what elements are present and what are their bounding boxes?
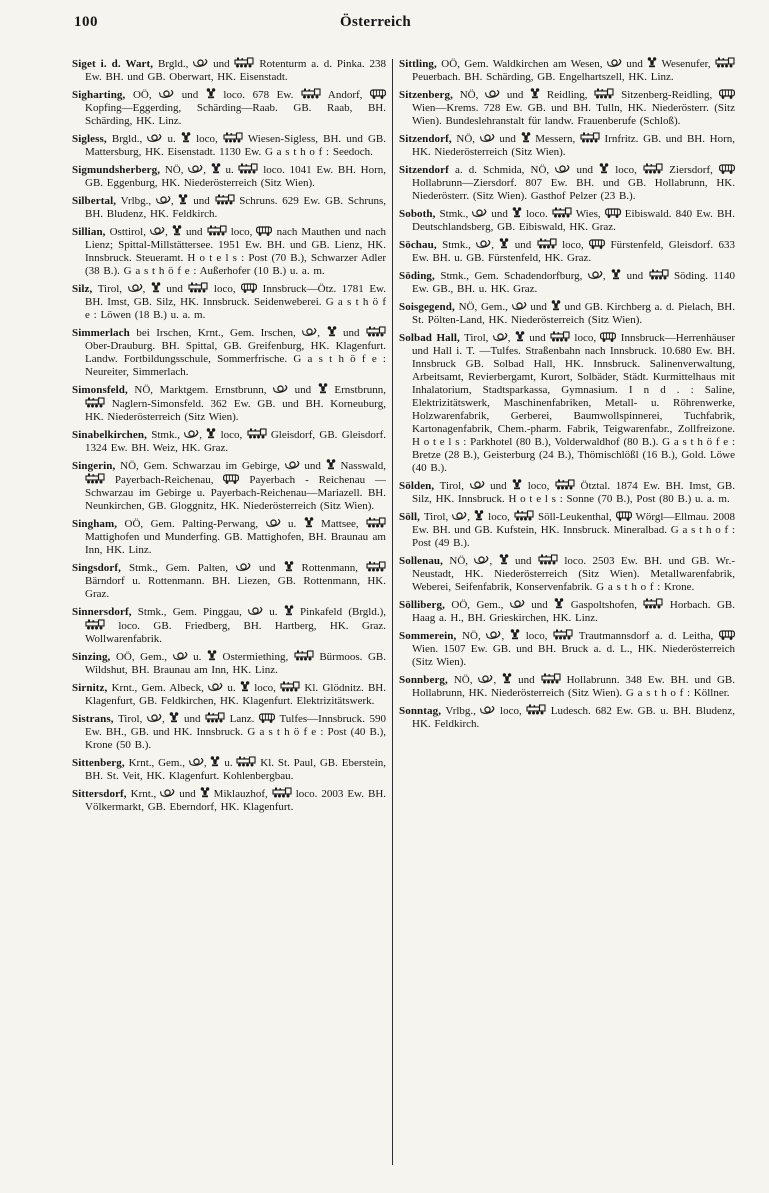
directory-entry: Sommerein, NÖ, , loco, Trautmannsdorf a.… [399,629,735,669]
entry-text: Wesenufer, [657,58,715,70]
posthorn-icon [302,327,317,337]
telephone-icon [172,225,182,236]
entry-text: Tirol, [92,283,127,295]
railway-icon [280,681,300,692]
posthorn-icon [485,89,500,99]
entry-text: Bärndorf u. Rottenmann. BH. Liezen, GB. … [85,575,386,600]
entry-text: NÖ, [456,630,486,642]
entry-text: , [603,270,611,282]
telephone-icon [474,510,484,521]
entry-text: , [467,511,474,523]
entry-text: Vrlbg., [116,195,156,207]
entry-text: , [165,226,172,238]
entry-headword: Sommerein, [399,630,456,642]
directory-entry: Simonsfeld, NÖ, Marktgem. Ernstbrunn, un… [72,383,386,424]
directory-entry: Sitzendorf a. d. Schmida, NÖ, und loco, … [399,163,735,203]
telephone-icon [554,598,564,609]
directory-entry: Sonntag, Vrlbg., loco, Ludesch. 682 Ew. … [399,704,735,731]
entry-text: Mattighofen und Munderfing. GB. Mattigho… [85,531,386,556]
entry-text: loco, [609,164,643,176]
entry-text: Gaspoltshofen, [564,599,643,611]
railway-icon [366,561,386,572]
directory-entry: Singsdorf, Stmk., Gem. Palten, und Rotte… [72,561,386,601]
directory-entry: Sirnitz, Krnt., Gem. Albeck, u. loco, Kl… [72,681,386,708]
posthorn-icon [236,562,251,572]
posthorn-icon [160,788,175,798]
entry-headword: Sittersdorf, [72,788,127,800]
railway-icon [366,326,386,337]
entry-text: und [208,58,234,70]
entry-text: und [525,332,550,344]
entry-text: u. [162,133,181,145]
entry-text: und [485,480,513,492]
entry-text: und [495,133,521,145]
telephone-icon [512,207,522,218]
entry-headword: Sitzenberg, [399,89,453,101]
two-column-layout: Siget i. d. Wart, Brgld., und Rotenturm … [72,57,739,1179]
posthorn-icon [147,713,162,723]
directory-entry: Singham, OÖ, Gem. Palting-Perwang, u. Ma… [72,517,386,557]
column-divider-rule [392,59,393,1165]
directory-entry: Sollenau, NÖ, , und loco. 2503 Ew. BH. u… [399,554,735,594]
entry-text: OÖ, Gem., [110,651,172,663]
entry-text: und [300,460,326,472]
entry-headword: Singerin, [72,460,115,472]
railway-icon [85,619,105,630]
entry-headword: Sigmundsherberg, [72,164,160,176]
entry-headword: Soboth, [399,208,435,220]
telephone-icon [284,561,294,572]
entry-text: loco, [208,283,241,295]
railway-icon [553,629,573,640]
entry-headword: Singsdorf, [72,562,121,574]
posthorn-icon [512,301,527,311]
entry-text: NÖ, Gem. Schwarzau im Gebirge, [115,460,284,472]
bus-icon [605,208,621,218]
directory-entry: Sitzenberg, NÖ, und Reidling, Sitzenberg… [399,88,735,128]
entry-text: OÖ, [125,89,159,101]
entry-text: Innsbruck—Herrenhäuser und Hall i. T. —T… [412,332,735,474]
entry-text: , [204,757,211,769]
entry-text: Osttirol, [106,226,151,238]
entry-text: und [179,713,205,725]
entry-text: Ziersdorf, [663,164,719,176]
entry-text: loco, [227,226,257,238]
entry-text: , [508,332,515,344]
directory-entry: Sinzing, OÖ, Gem., u. Ostermiething, Bür… [72,650,386,677]
entry-text: loco. GB. Friedberg, BH. Hartberg, HK. G… [85,620,386,645]
telephone-icon [240,681,250,692]
entry-text: NÖ, [443,555,474,567]
directory-entry: Sistrans, Tirol, , und Lanz. Tulfes—Inns… [72,712,386,752]
directory-entry: Sittling, OÖ, Gem. Waldkirchen am Wesen,… [399,57,735,84]
entry-text: und [512,674,540,686]
entry-text: Tirol, [114,713,147,725]
entry-text: und [570,164,599,176]
posthorn-icon [452,511,467,521]
entry-text: Stmk., [437,239,477,251]
directory-entry: Sillian, Osttirol, , und loco, nach Maut… [72,225,386,278]
bus-icon [223,474,239,484]
entry-text: Wien. 1507 Ew. GB. und BH. Bruck a. d. L… [412,643,735,668]
bus-icon [589,239,605,249]
entry-text: Ostermiething, [217,651,294,663]
directory-entry: Sölliberg, OÖ, Gem., und Gaspoltshofen, … [399,598,735,625]
entry-text: u. [188,651,207,663]
entry-headword: Sitzendorf, [399,133,452,145]
entry-text: Reidling, [540,89,594,101]
telephone-icon [510,629,520,640]
railway-icon [272,787,292,798]
entry-headword: Sölden, [399,480,434,492]
entry-text: , [317,327,326,339]
telephone-icon [210,756,220,767]
telephone-icon [284,605,294,616]
telephone-icon [515,331,525,342]
entry-text: Vrlbg., [441,705,480,717]
entry-text: loco, [522,480,555,492]
railway-icon [366,517,386,528]
railway-icon [247,428,267,439]
entry-headword: Singham, [72,518,117,530]
entry-text: und [487,208,512,220]
telephone-icon [304,517,314,528]
entry-headword: Sirnitz, [72,682,107,694]
entry-text: OÖ, Gem., [445,599,510,611]
railway-icon [555,479,575,490]
directory-entry: Simmerlach bei Irschen, Krnt., Gem. Irsc… [72,326,386,379]
telephone-icon [206,88,216,99]
telephone-icon [502,673,512,684]
telephone-icon [151,282,161,293]
directory-entry: Soisgegend, NÖ, Gem., und und GB. Kirchb… [399,300,735,327]
entry-text: und [188,195,214,207]
entry-text: , [493,674,502,686]
entry-headword: Sitzendorf [399,164,449,176]
telephone-icon [207,650,217,661]
entry-headword: Sigless, [72,133,107,145]
telephone-icon [169,712,179,723]
railway-icon [552,207,572,218]
posthorn-icon [607,58,622,68]
bus-icon [259,713,275,723]
entry-headword: Solbad Hall, [399,332,460,344]
railway-icon [205,712,225,723]
entry-text: Hollabrunn—Ziersdorf. 807 Ew. BH. und GB… [412,177,735,202]
entry-text: , [501,630,510,642]
entry-text: und [182,226,207,238]
entry-text: Naglern-Simonsfeld. 362 Ew. GB. und BH. … [85,398,386,423]
entry-text: NÖ, [453,89,485,101]
entry-text: und [525,599,554,611]
directory-entry: Sölden, Tirol, und loco, Ötztal. 1874 Ew… [399,479,735,506]
posthorn-icon [189,757,204,767]
railway-icon [188,282,208,293]
entry-text: Krnt., Gem., [125,757,189,769]
railway-icon [301,88,321,99]
entry-text: und [337,327,367,339]
entry-text: u. [220,757,236,769]
entry-text: loco. [522,208,552,220]
bus-icon [719,89,735,99]
directory-entry: Söchau, Stmk., , und loco, Fürstenfeld, … [399,238,735,265]
entry-headword: Sistrans, [72,713,114,725]
entry-headword: Simonsfeld, [72,384,128,396]
entry-text: Stmk., [147,429,184,441]
entry-text: Tirol, [420,511,452,523]
column-left: Siget i. d. Wart, Brgld., und Rotenturm … [72,57,386,1179]
entry-text: Ernstbrunn, [328,384,386,396]
entry-text: Payerbach-Reichenau, [105,474,223,486]
railway-icon [85,397,105,408]
entry-text: Ober-Drauburg. BH. Spittal, GB. Greifenb… [85,340,386,378]
directory-entry: Söding, Stmk., Gem. Schadendorfburg, , u… [399,269,735,296]
posthorn-icon [128,283,143,293]
entry-headword: Sinnersdorf, [72,606,132,618]
entry-text: Miklauzhof, [210,788,272,800]
railway-icon [236,756,256,767]
railway-icon [649,269,669,280]
railway-icon [643,598,663,609]
entry-text: Peuerbach. BH. Schärding, GB. Engelharts… [412,71,674,83]
posthorn-icon [248,606,263,616]
posthorn-icon [208,682,223,692]
posthorn-icon [193,58,208,68]
entry-text: u. [221,164,239,176]
posthorn-icon [480,133,495,143]
entry-text: Trautmannsdorf a. d. Leitha, [573,630,719,642]
entry-text: Brgld., [153,58,193,70]
bus-icon [719,630,735,640]
entry-headword: Simmerlach [72,327,130,339]
telephone-icon [206,428,216,439]
posthorn-icon [480,705,495,715]
entry-headword: Sollenau, [399,555,443,567]
entry-text: , [143,283,151,295]
railway-icon [550,331,570,342]
entry-text: loco, [557,239,589,251]
directory-entry: Sonnberg, NÖ, , und Hollabrunn. 348 Ew. … [399,673,735,700]
posthorn-icon [476,239,491,249]
entry-text: , [199,429,206,441]
posthorn-icon [285,460,300,470]
entry-text: und [161,283,189,295]
entry-headword: Söding, [399,270,435,282]
posthorn-icon [472,208,487,218]
entry-text: loco, [191,133,223,145]
entry-text: u. [281,518,304,530]
posthorn-icon [486,630,501,640]
telephone-icon [551,300,561,311]
railway-icon [643,163,663,174]
entry-text: Andorf, [321,89,370,101]
entry-text: und [622,58,647,70]
entry-headword: Silz, [72,283,92,295]
entry-text: a. d. Schmida, NÖ, [449,164,555,176]
bus-icon [600,332,616,342]
entry-headword: Siget i. d. Wart, [72,58,153,70]
railway-icon [537,238,557,249]
entry-text: loco, [216,429,246,441]
page-title: Österreich [72,14,679,31]
entry-headword: Sigharting, [72,89,125,101]
directory-entry: Silz, Tirol, , und loco, Innsbruck—Ötz. … [72,282,386,322]
posthorn-icon [510,599,525,609]
posthorn-icon [474,555,489,565]
directory-entry: Silbertal, Vrlbg., , und Schruns. 629 Ew… [72,194,386,221]
entry-text: Brgld., [107,133,148,145]
directory-entry: Soboth, Stmk., und loco. Wies, Eibiswald… [399,207,735,234]
bus-icon [256,226,272,236]
railway-icon [294,650,314,661]
telephone-icon [512,479,522,490]
entry-text: NÖ, [452,133,480,145]
directory-entry: Sittersdorf, Krnt., und Miklauzhof, loco… [72,787,386,814]
telephone-icon [499,238,509,249]
entry-text: , [203,164,211,176]
telephone-icon [318,383,328,394]
entry-text: und [174,89,206,101]
telephone-icon [326,459,336,470]
entry-text: Stmk., [435,208,472,220]
entry-text: Nasswald, [336,460,386,472]
railway-icon [207,225,227,236]
directory-entry: Solbad Hall, Tirol, , und loco, Innsbruc… [399,331,735,475]
entry-text: Stmk., Gem. Schadendorfburg, [435,270,588,282]
bus-icon [241,283,257,293]
entry-text: NÖ, [448,674,479,686]
posthorn-icon [470,480,485,490]
entry-text: Messern, [531,133,580,145]
directory-entry: Singerin, NÖ, Gem. Schwarzau im Gebirge,… [72,459,386,513]
railway-icon [234,57,254,68]
entry-text: , [491,239,499,251]
telephone-icon [647,57,657,68]
railway-icon [85,473,105,484]
entry-text: loco, [250,682,280,694]
directory-entry: Sitzendorf, NÖ, und Messern, Irnfritz. G… [399,132,735,159]
entry-headword: Sittenberg, [72,757,125,769]
entry-text: und [175,788,199,800]
railway-icon [594,88,614,99]
posthorn-icon [266,518,281,528]
directory-page: 100 Österreich Siget i. d. Wart, Brgld.,… [0,0,769,1193]
entry-text: Krnt., Gem. Albeck, [107,682,208,694]
entry-text: Pinkafeld (Brgld.), [294,606,386,618]
entry-text: , [162,713,169,725]
entry-headword: Sonntag, [399,705,441,717]
entry-text: OÖ, Gem. Waldkirchen am Wesen, [437,58,607,70]
entry-text: Tirol, [434,480,469,492]
entry-headword: Söll, [399,511,420,523]
railway-icon [541,673,561,684]
entry-text: Tirol, [460,332,493,344]
telephone-icon [521,132,531,143]
entry-text: loco, [484,511,514,523]
directory-entry: Sinnersdorf, Stmk., Gem. Pinggau, u. Pin… [72,605,386,646]
telephone-icon [200,787,210,798]
entry-text: und [251,562,283,574]
telephone-icon [530,88,540,99]
bus-icon [719,164,735,174]
posthorn-icon [188,164,203,174]
directory-entry: Sigmundsherberg, NÖ, , u. loco. 1041 Ew.… [72,163,386,190]
posthorn-icon [150,226,165,236]
posthorn-icon [184,429,199,439]
telephone-icon [181,132,191,143]
directory-entry: Sinabelkirchen, Stmk., , loco, Gleisdorf… [72,428,386,455]
entry-text: Mattsee, [314,518,366,530]
directory-entry: Sittenberg, Krnt., Gem., , u. Kl. St. Pa… [72,756,386,783]
entry-text: bei Irschen, Krnt., Gem. Irschen, [130,327,302,339]
posthorn-icon [493,332,508,342]
directory-entry: Sigharting, OÖ, und loco. 678 Ew. Andorf… [72,88,386,128]
telephone-icon [499,554,509,565]
entry-text: Lanz. [225,713,259,725]
entry-text: und [509,555,538,567]
railway-icon [538,554,558,565]
posthorn-icon [478,674,493,684]
entry-text: Stmk., Gem. Palten, [121,562,236,574]
entry-text: und [500,89,530,101]
entry-text: loco, [495,705,526,717]
entry-headword: Sölliberg, [399,599,445,611]
railway-icon [223,132,243,143]
telephone-icon [211,163,221,174]
entry-text: u. [263,606,284,618]
telephone-icon [327,326,337,337]
posthorn-icon [173,651,188,661]
entry-text: Kopfing—Eggerding, Schärding—Raab. GB. R… [85,102,386,127]
directory-entry: Söll, Tirol, , loco, Söll-Leukenthal, Wö… [399,510,735,550]
entry-text: Stmk., Gem. Pinggau, [132,606,249,618]
entry-text: NÖ, [160,164,188,176]
posthorn-icon [588,270,603,280]
railway-icon [514,510,534,521]
entry-text: Wien—Krems. 728 Ew. GB. und BH. Tulln, H… [412,102,735,127]
directory-entry: Siget i. d. Wart, Brgld., und Rotenturm … [72,57,386,84]
entry-text: und [527,301,551,313]
entry-headword: Sinabelkirchen, [72,429,147,441]
entry-text: , [171,195,179,207]
telephone-icon [599,163,609,174]
entry-text: NÖ, Gem., [455,301,512,313]
railway-icon [238,163,258,174]
entry-text: und [288,384,318,396]
posthorn-icon [273,384,288,394]
entry-headword: Söchau, [399,239,437,251]
posthorn-icon [156,195,171,205]
entry-headword: Silbertal, [72,195,116,207]
railway-icon [526,704,546,715]
posthorn-icon [555,164,570,174]
railway-icon [715,57,735,68]
railway-icon [215,194,235,205]
entry-text: NÖ, Marktgem. Ernstbrunn, [128,384,273,396]
entry-headword: Sittling, [399,58,437,70]
entry-headword: Sillian, [72,226,106,238]
entry-text: Wies, [572,208,605,220]
page-header: 100 Österreich [72,14,739,42]
bus-icon [370,89,386,99]
entry-text: loco. 678 Ew. [216,89,301,101]
entry-text: u. [223,682,240,694]
column-right: Sittling, OÖ, Gem. Waldkirchen am Wesen,… [399,57,735,1179]
entry-text: loco, [520,630,553,642]
posthorn-icon [159,89,174,99]
railway-icon [580,132,600,143]
directory-entry: Sigless, Brgld., u. loco, Wiesen-Sigless… [72,132,386,159]
